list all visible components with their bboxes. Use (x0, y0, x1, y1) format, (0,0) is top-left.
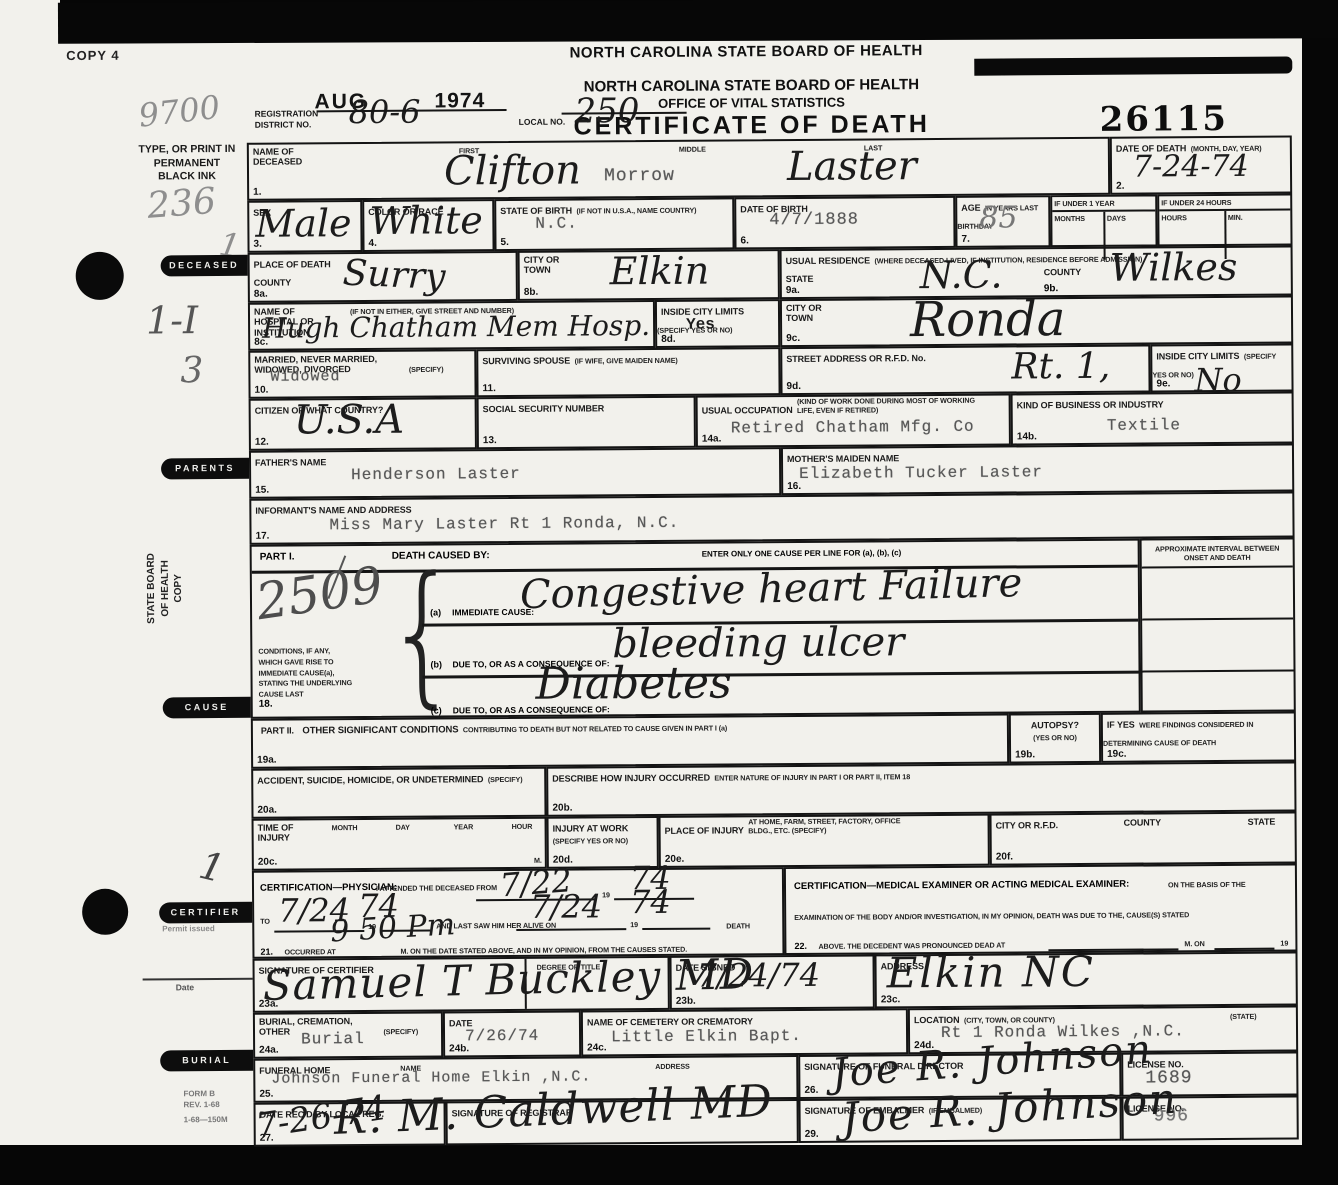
cert-med-yr: 19 (1280, 939, 1288, 948)
field-surviving-spouse: SURVIVING SPOUSE (IF WIFE, GIVE MAIDEN N… (476, 347, 780, 397)
ifyes-item-number: 19c. (1107, 749, 1127, 760)
autopsy-label: AUTOPSY? (1011, 718, 1099, 731)
inside9e-label: INSIDE CITY LIMITS (1152, 349, 1239, 362)
cert-seen-line (516, 928, 626, 931)
copy-line1: STATE BOARD (145, 543, 159, 633)
time-injury-label: TIME OF INJURY (254, 820, 298, 843)
describe-sublabel: ENTER NATURE OF INJURY IN PART I OR PART… (714, 772, 910, 782)
citizen-item-number: 12. (255, 437, 269, 448)
atwork-sublabel: (SPECIFY YES OR NO) (549, 836, 657, 846)
occupation-label: USUAL OCCUPATION (698, 403, 793, 416)
cert-med-m-on: M. ON (1184, 939, 1204, 948)
name-middle-value: Morrow (604, 166, 675, 186)
death-certificate-scan: COPY 4 9700 TYPE, OR PRINT IN PERMANENT … (0, 0, 1338, 1185)
burial-sublabel: (SPECIFY) (383, 1027, 418, 1036)
inside8d-value: Yes (686, 316, 715, 334)
place-injury-sublabel: AT HOME, FARM, STREET, FACTORY, OFFICE B… (748, 816, 918, 835)
inside9e-item-number: 9e. (1156, 378, 1170, 389)
punch-hole-top (76, 252, 124, 300)
inside8d-item-number: 8d. (661, 334, 676, 345)
industry-value: Textile (1107, 416, 1181, 435)
part2-label: PART II. (253, 723, 294, 736)
city9c-item-number: 9c. (786, 333, 800, 344)
injury-day-label: DAY (396, 823, 410, 832)
field-if-yes-findings: IF YES WERE FINDINGS CONSIDERED IN DETER… (1101, 711, 1296, 762)
occupation-value: Retired Chatham Mfg. Co (731, 418, 975, 438)
mother-value: Elizabeth Tucker Laster (799, 463, 1043, 483)
cert-yr3-line (642, 928, 710, 930)
margin-pencil-9700: 9700 (137, 91, 221, 132)
ssn-item-number: 13. (483, 435, 497, 446)
autopsy-sublabel: (YES OR NO) (1011, 733, 1099, 743)
mother-label: MOTHER'S MAIDEN NAME (783, 451, 899, 464)
injury-month-label: MONTH (332, 823, 358, 832)
margin-pencil-236: 236 (146, 184, 217, 225)
registration-district-label: REGISTRATION DISTRICT NO. (255, 108, 319, 131)
city9c-label: CITY OR TOWN (782, 301, 831, 324)
injury-city-label: CITY OR R.F.D. (992, 818, 1059, 831)
stbirth-sublabel: (IF NOT IN U.S.A., NAME COUNTRY) (576, 206, 696, 216)
residence-state-label: STATE (782, 272, 814, 285)
certifier-signature-value: Samuel T Buckley MD (262, 953, 755, 1007)
funeral-director-number: 26. (804, 1085, 818, 1096)
city-label: CITY OR TOWN (520, 253, 569, 276)
dod-value: 7-24-74 (1133, 152, 1249, 183)
cause-b-line (423, 671, 1139, 679)
injury-county-label: COUNTY (1120, 815, 1161, 828)
dob-item-number: 6. (740, 235, 748, 246)
under1-label: IF UNDER 1 YEAR (1052, 196, 1155, 210)
father-value: Henderson Laster (351, 465, 521, 484)
state-board-copy-label: STATE BOARD OF HEALTH COPY (145, 543, 226, 634)
redaction-bar (974, 57, 1292, 76)
registration-label-line1: REGISTRATION (255, 108, 319, 119)
form-number-note: FORM B REV. 1-68 (183, 1088, 219, 1111)
tab-cause: CAUSE (163, 697, 251, 719)
marital-item-number: 10. (254, 385, 268, 396)
field-describe-injury: DESCRIBE HOW INJURY OCCURRED ENTER NATUR… (546, 761, 1296, 816)
race-value: White (369, 201, 483, 240)
burial-item-number: 24a. (259, 1045, 279, 1056)
interval-line-b (1143, 670, 1294, 673)
city9c-value: Ronda (910, 295, 1066, 344)
cert-seen-value: 7/24 (530, 890, 602, 923)
ifyes-label: IF YES (1103, 718, 1135, 731)
atwork-label: INJURY AT WORK (549, 821, 629, 834)
residence-sublabel: (WHERE DECEASED LIVED, IF INSTITUTION, R… (874, 255, 1142, 266)
field-inside-city-limits-8d: INSIDE CITY LIMITS (SPECIFY YES OR NO) 8… (655, 299, 780, 348)
part1-conditions-note: CONDITIONS, IF ANY, WHICH GAVE RISE TO I… (258, 646, 354, 701)
street-item-number: 9d. (786, 381, 801, 392)
dob-value: 4/7/1888 (769, 211, 859, 231)
citizen-value: U.S.A (294, 400, 405, 441)
cemetery-label: NAME OF CEMETERY OR CREMATORY (583, 1014, 753, 1028)
cemetery-number: 24c. (587, 1042, 607, 1053)
cemetery-value: Little Elkin Bapt. (611, 1027, 802, 1046)
accident-sublabel: (SPECIFY) (488, 775, 523, 784)
age-item-number: 7. (961, 234, 969, 245)
part1-label: PART I. (260, 551, 295, 562)
father-item-number: 15. (255, 485, 269, 496)
field-place-of-injury: PLACE OF INJURY AT HOME, FARM, STREET, F… (659, 814, 990, 868)
spouse-sublabel: (IF WIFE, GIVE MAIDEN NAME) (575, 356, 678, 366)
street-label: STREET ADDRESS OR R.F.D. No. (782, 351, 925, 364)
ink-instruction-line2: PERMANENT (131, 156, 243, 170)
cert-to-label: TO (260, 917, 270, 926)
describe-label: DESCRIBE HOW INJURY OCCURRED (548, 771, 710, 784)
cert-yr1: 19 (602, 890, 610, 899)
embalmer-number: 29. (805, 1129, 819, 1140)
cause-a-value: Congestive heart Failure (520, 563, 1023, 615)
field-ssn: SOCIAL SECURITY NUMBER 13. (477, 396, 696, 450)
cause-c-value: Diabetes (535, 661, 731, 706)
cert-occurred-label: OCCURRED AT (284, 947, 335, 956)
place-of-death-label: PLACE OF DEATH (250, 257, 331, 270)
father-label: FATHER'S NAME (251, 455, 326, 468)
copy-4-label: COPY 4 (66, 48, 120, 63)
city-item-number: 8b. (524, 287, 539, 298)
age-label: AGE (957, 201, 980, 214)
location-sub2: (STATE) (1230, 1012, 1257, 1021)
cert-item-21: 21. (260, 947, 273, 957)
funeral-addr-sub: ADDRESS (655, 1062, 690, 1071)
marital-sublabel: (SPECIFY) (409, 365, 444, 374)
margin-pencil-1I: 1-I (146, 301, 198, 339)
tab-deceased: DECEASED (161, 255, 248, 277)
accident-label: ACCIDENT, SUICIDE, HOMICIDE, OR UNDETERM… (253, 772, 483, 786)
form-note-line2: REV. 1-68 (183, 1099, 219, 1110)
field-name-of-deceased: NAME OF DECEASED FIRST MIDDLE LAST 1. (247, 137, 1110, 201)
certification-medical-examiner: CERTIFICATION—MEDICAL EXAMINER OR ACTING… (784, 863, 1298, 955)
name-first-value: Clifton (444, 150, 581, 191)
tab-certifier: CERTIFIER (159, 902, 252, 924)
county-label: COUNTY (250, 277, 291, 288)
conditions-brace: { (385, 556, 461, 710)
cert-med-line2 (1214, 948, 1274, 950)
stbirth-value: N.C. (535, 214, 578, 232)
residence-state-number: 9a. (786, 285, 800, 296)
burial-date-value: 7/26/74 (465, 1027, 539, 1046)
cert-death-word: DEATH (726, 921, 750, 930)
interval-line-a (1142, 618, 1293, 621)
describe-item-number: 20b. (552, 803, 572, 814)
part2-sublabel: CONTRIBUTING TO DEATH BUT NOT RELATED TO… (463, 723, 727, 734)
cert-item-22: 22. (794, 941, 807, 951)
cert-med-t2: EXAMINATION OF THE BODY AND/OR INVESTIGA… (794, 910, 1294, 922)
part2-conditions-label: OTHER SIGNIFICANT CONDITIONS (298, 723, 458, 737)
industry-item-number: 14b. (1017, 431, 1037, 442)
county-item-number: 8a. (254, 289, 268, 300)
part2-item-number: 19a. (257, 755, 277, 766)
field-if-under-24-hours: IF UNDER 24 HOURS HOURS MIN. (1157, 194, 1292, 247)
margin-pencil-1b: 1 (196, 846, 228, 889)
field-autopsy: AUTOPSY? (YES OR NO) 19b. (1009, 713, 1101, 764)
cert-yr3: 19 (630, 920, 638, 929)
industry-label: KIND OF BUSINESS OR INDUSTRY (1013, 397, 1164, 410)
field-injury-city-county-state: CITY OR R.F.D. COUNTY STATE 20f. (989, 811, 1296, 865)
field-accident-suicide: ACCIDENT, SUICIDE, HOMICIDE, OR UNDETERM… (251, 767, 546, 819)
residence-state-value: N.C. (920, 256, 1003, 295)
sex-value: Male (255, 204, 351, 243)
part1-enter-only-label: ENTER ONLY ONE CAUSE PER LINE FOR (a), (… (702, 548, 902, 558)
marital-value: Widowed (270, 368, 340, 385)
county-value: Surry (342, 255, 446, 296)
injury-hour-label: HOUR (512, 822, 533, 831)
cert-address-value: Elkin NC (886, 951, 1095, 994)
date-rule (143, 978, 253, 981)
autopsy-item-number: 19b. (1015, 749, 1035, 760)
ink-instruction: TYPE, OR PRINT IN PERMANENT BLACK INK (131, 143, 243, 185)
copy-line3: COPY (172, 543, 186, 633)
tab-parents: PARENTS (161, 458, 249, 480)
injury-state-label: STATE (1244, 815, 1276, 828)
copy-line2: OF HEALTH (158, 543, 172, 633)
registration-label-line2: DISTRICT NO. (255, 119, 319, 130)
serial-number: 26115 (1100, 99, 1229, 140)
funeral-home-number: 25. (259, 1089, 273, 1100)
cert-med-title: CERTIFICATION—MEDICAL EXAMINER OR ACTING… (794, 879, 1129, 892)
date-rule-label: Date (176, 982, 195, 992)
spouse-label: SURVIVING SPOUSE (478, 354, 570, 367)
field-if-under-1-year: IF UNDER 1 YEAR MONTHS DAYS (1050, 194, 1157, 247)
name-item-number: 1. (253, 187, 261, 198)
margin-pencil-3: 3 (180, 353, 203, 389)
occupation-item-number: 14a. (702, 433, 722, 444)
city-value: Elkin (610, 252, 710, 291)
field-state-of-birth: STATE OF BIRTH (IF NOT IN U.S.A., NAME C… (494, 197, 734, 251)
field-time-of-injury: TIME OF INJURY MONTH DAY YEAR HOUR 20c. … (252, 817, 547, 871)
board-header-top: NORTH CAROLINA STATE BOARD OF HEALTH (466, 41, 1026, 62)
informant-value: Miss Mary Laster Rt 1 Ronda, N.C. (329, 514, 679, 534)
street-value: Rt. 1, (1011, 349, 1110, 386)
part1-interval-column: APPROXIMATE INTERVAL BETWEEN ONSET AND D… (1140, 537, 1296, 712)
ink-instruction-line1: TYPE, OR PRINT IN (131, 143, 243, 157)
local-no-label: LOCAL NO. (519, 117, 566, 127)
place-injury-label: PLACE OF INJURY (661, 823, 744, 836)
cause-c-letter: (c) (431, 705, 442, 715)
permit-issued-label: Permit issued (162, 924, 215, 933)
dod-item-number: 2. (1116, 181, 1124, 192)
accident-item-number: 20a. (257, 805, 277, 816)
cause-b-letter: (b) (430, 659, 442, 669)
cert-med-t1: ON THE BASIS OF THE (1168, 880, 1246, 890)
name-middle-label: MIDDLE (679, 145, 706, 154)
under24-label: IF UNDER 24 HOURS (1159, 196, 1290, 210)
residence-label: USUAL RESIDENCE (782, 253, 870, 266)
injury-f-item-number: 20f. (996, 851, 1013, 862)
cause-a-letter: (a) (430, 607, 441, 617)
cert-time-value: 9 50 Pm (330, 910, 457, 947)
spouse-item-number: 11. (482, 383, 495, 394)
name-last-value: Laster (787, 146, 917, 187)
name-label: NAME OF DECEASED (249, 144, 323, 167)
age-value: 85 (979, 203, 1017, 233)
residence-county-value: Wilkes (1110, 248, 1238, 287)
cert-y3-value: 74 (630, 886, 671, 918)
stbirth-item-number: 5. (500, 237, 508, 248)
informant-item-number: 17. (256, 531, 270, 542)
tab-burial: BURIAL (160, 1050, 253, 1072)
time-injury-item-number: 20c. (258, 857, 278, 868)
part2-section: PART II. OTHER SIGNIFICANT CONDITIONS CO… (251, 713, 1009, 768)
form-note-line1: FORM B (183, 1088, 219, 1099)
residence-county-label: COUNTY (1040, 265, 1081, 278)
occupation-sublabel: (KIND OF WORK DONE DURING MOST OF WORKIN… (797, 396, 977, 415)
burial-value: Burial (301, 1030, 365, 1048)
form-print-run: 1-68—150M (184, 1115, 228, 1124)
ssn-label: SOCIAL SECURITY NUMBER (479, 401, 605, 414)
informant-label: INFORMANT'S NAME AND ADDRESS (251, 503, 411, 516)
paper-content: COPY 4 9700 TYPE, OR PRINT IN PERMANENT … (0, 0, 1338, 1185)
punch-hole-bottom (82, 889, 128, 935)
injury-year-label: YEAR (454, 822, 474, 831)
hospital-value: Hugh Chatham Mem Hosp. (262, 312, 650, 343)
interval-label: APPROXIMATE INTERVAL BETWEEN ONSET AND D… (1142, 540, 1293, 569)
part1-item-number: 18. (259, 699, 273, 710)
